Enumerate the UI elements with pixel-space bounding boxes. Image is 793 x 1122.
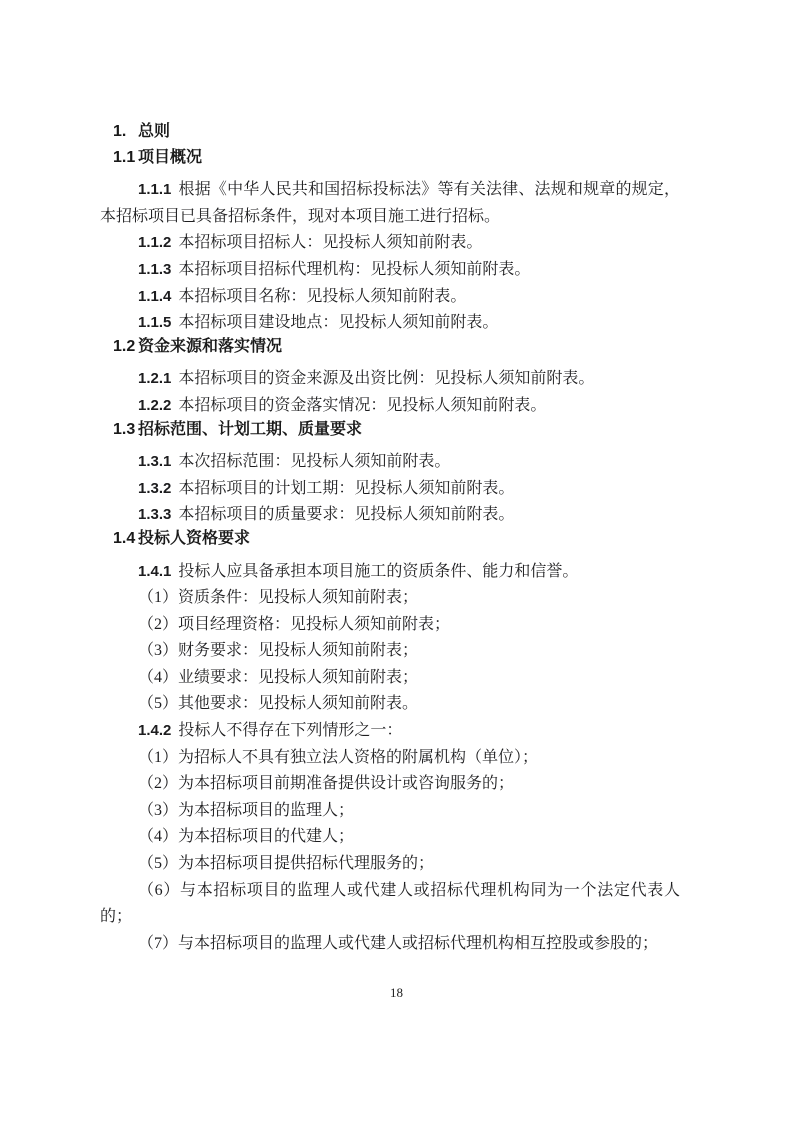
page-footer: 18 <box>0 984 793 1002</box>
paragraph: （4）为本招标项目的代建人； <box>100 824 680 851</box>
paragraph-number: 1.1.3 <box>138 261 171 278</box>
paragraph: （6）与本招标项目的监理人或代建人或招标代理机构同为一个法定代表人的； <box>100 878 680 931</box>
paragraph: （4）业绩要求：见投标人须知前附表； <box>100 665 680 692</box>
paragraph-number: 1.3.1 <box>138 453 171 470</box>
paragraph: 1.4.1投标人应具备承担本项目施工的资质条件、能力和信誉。 <box>100 559 680 586</box>
paragraph-text: （3）财务要求：见投标人须知前附表； <box>138 642 418 659</box>
paragraph: （2）项目经理资格：见投标人须知前附表； <box>100 612 680 639</box>
paragraph: 1.1.4本招标项目名称：见投标人须知前附表。 <box>100 284 680 311</box>
paragraph: 1.4.2投标人不得存在下列情形之一： <box>100 718 680 745</box>
paragraph-text: 投标人不得存在下列情形之一： <box>178 722 402 739</box>
paragraph-text: （3）为本招标项目的监理人； <box>138 802 354 819</box>
paragraph: 1.3.2本招标项目的计划工期：见投标人须知前附表。 <box>100 476 680 503</box>
heading-number: 1.3 <box>113 417 138 444</box>
paragraph: 1.1.3本招标项目招标代理机构：见投标人须知前附表。 <box>100 257 680 284</box>
paragraph: （3）财务要求：见投标人须知前附表； <box>100 638 680 665</box>
paragraph-text: 本招标项目建设地点：见投标人须知前附表。 <box>178 314 498 331</box>
paragraph-number: 1.2.2 <box>138 397 171 414</box>
paragraph: 1.1.1根据《中华人民共和国招标投标法》等有关法律、法规和规章的规定，本招标项… <box>100 177 680 230</box>
heading-text: 投标人资格要求 <box>138 530 250 547</box>
paragraph: 1.1.5本招标项目建设地点：见投标人须知前附表。 <box>100 310 680 337</box>
paragraph: 1.1.2本招标项目招标人：见投标人须知前附表。 <box>100 230 680 257</box>
paragraph-text: 本招标项目名称：见投标人须知前附表。 <box>178 288 466 305</box>
document-title-text: 总则 <box>138 123 170 140</box>
document-page: 1.总则 1.1项目概况 1.1.1根据《中华人民共和国招标投标法》等有关法律、… <box>0 0 793 1122</box>
paragraph-number: 1.4.1 <box>138 563 171 580</box>
paragraph-text: （6）与本招标项目的监理人或代建人或招标代理机构同为一个法定代表人的； <box>100 882 680 926</box>
paragraph-number: 1.3.2 <box>138 480 171 497</box>
heading-text: 项目概况 <box>138 149 202 166</box>
paragraph-text: （7）与本招标项目的监理人或代建人或招标代理机构相互控股或参股的； <box>138 935 658 952</box>
paragraph: 1.2.2本招标项目的资金落实情况：见投标人须知前附表。 <box>100 393 680 420</box>
paragraph: 1.2.1本招标项目的资金来源及出资比例：见投标人须知前附表。 <box>100 366 680 393</box>
heading-number: 1.4 <box>113 526 138 553</box>
section-bidder-qualifications: 1.4投标人资格要求 1.4.1投标人应具备承担本项目施工的资质条件、能力和信誉… <box>100 526 680 958</box>
paragraph-text: 本次招标范围：见投标人须知前附表。 <box>178 453 450 470</box>
heading-text: 招标范围、计划工期、质量要求 <box>138 421 362 438</box>
paragraph: 1.3.3本招标项目的质量要求：见投标人须知前附表。 <box>100 502 680 529</box>
paragraph-text: （4）为本招标项目的代建人； <box>138 828 354 845</box>
paragraph: （5）其他要求：见投标人须知前附表。 <box>100 691 680 718</box>
paragraph-text: （1）为招标人不具有独立法人资格的附属机构（单位）； <box>138 749 538 766</box>
section-heading: 1.4投标人资格要求 <box>100 526 680 553</box>
paragraph-text: 本招标项目的资金落实情况：见投标人须知前附表。 <box>178 397 546 414</box>
paragraph-text: 投标人应具备承担本项目施工的资质条件、能力和信誉。 <box>178 563 578 580</box>
paragraph-text: 根据《中华人民共和国招标投标法》等有关法律、法规和规章的规定，本招标项目已具备招… <box>100 181 680 225</box>
page-content: 1.总则 1.1项目概况 1.1.1根据《中华人民共和国招标投标法》等有关法律、… <box>100 119 680 957</box>
paragraph: （7）与本招标项目的监理人或代建人或招标代理机构相互控股或参股的； <box>100 931 680 958</box>
section-heading: 1.3招标范围、计划工期、质量要求 <box>100 417 680 444</box>
paragraph-number: 1.1.5 <box>138 314 171 331</box>
paragraph-text: 本招标项目招标代理机构：见投标人须知前附表。 <box>178 261 530 278</box>
section-funding: 1.2资金来源和落实情况 1.2.1本招标项目的资金来源及出资比例：见投标人须知… <box>100 334 680 420</box>
paragraph-number: 1.2.1 <box>138 370 171 387</box>
paragraph-text: 本招标项目招标人：见投标人须知前附表。 <box>178 234 482 251</box>
paragraph-text: （5）其他要求：见投标人须知前附表。 <box>138 695 418 712</box>
heading-number: 1.2 <box>113 334 138 361</box>
paragraph: 1.3.1本次招标范围：见投标人须知前附表。 <box>100 449 680 476</box>
paragraph-number: 1.4.2 <box>138 722 171 739</box>
paragraph: （2）为本招标项目前期准备提供设计或咨询服务的； <box>100 771 680 798</box>
paragraph-text: 本招标项目的计划工期：见投标人须知前附表。 <box>178 480 514 497</box>
document-title-number: 1. <box>113 119 138 146</box>
paragraph-text: 本招标项目的质量要求：见投标人须知前附表。 <box>178 506 514 523</box>
paragraph-text: （1）资质条件：见投标人须知前附表； <box>138 589 418 606</box>
paragraph: （3）为本招标项目的监理人； <box>100 798 680 825</box>
paragraph-text: （5）为本招标项目提供招标代理服务的； <box>138 855 434 872</box>
document-title: 1.总则 <box>100 119 680 146</box>
paragraph-text: （2）为本招标项目前期准备提供设计或咨询服务的； <box>138 775 514 792</box>
heading-text: 资金来源和落实情况 <box>138 338 282 355</box>
paragraph-number: 1.1.1 <box>138 181 171 198</box>
paragraph: （1）资质条件：见投标人须知前附表； <box>100 585 680 612</box>
heading-number: 1.1 <box>113 145 138 172</box>
section-scope-schedule-quality: 1.3招标范围、计划工期、质量要求 1.3.1本次招标范围：见投标人须知前附表。… <box>100 417 680 529</box>
paragraph-number: 1.3.3 <box>138 506 171 523</box>
paragraph-text: （2）项目经理资格：见投标人须知前附表； <box>138 616 450 633</box>
section-heading: 1.2资金来源和落实情况 <box>100 334 680 361</box>
paragraph-text: 本招标项目的资金来源及出资比例：见投标人须知前附表。 <box>178 370 594 387</box>
paragraph: （1）为招标人不具有独立法人资格的附属机构（单位）； <box>100 745 680 772</box>
paragraph-number: 1.1.2 <box>138 234 171 251</box>
paragraph-text: （4）业绩要求：见投标人须知前附表； <box>138 669 418 686</box>
page-number: 18 <box>390 985 403 1000</box>
paragraph-number: 1.1.4 <box>138 288 171 305</box>
paragraph: （5）为本招标项目提供招标代理服务的； <box>100 851 680 878</box>
section-heading: 1.1项目概况 <box>100 145 680 172</box>
section-project-overview: 1.1项目概况 1.1.1根据《中华人民共和国招标投标法》等有关法律、法规和规章… <box>100 145 680 337</box>
